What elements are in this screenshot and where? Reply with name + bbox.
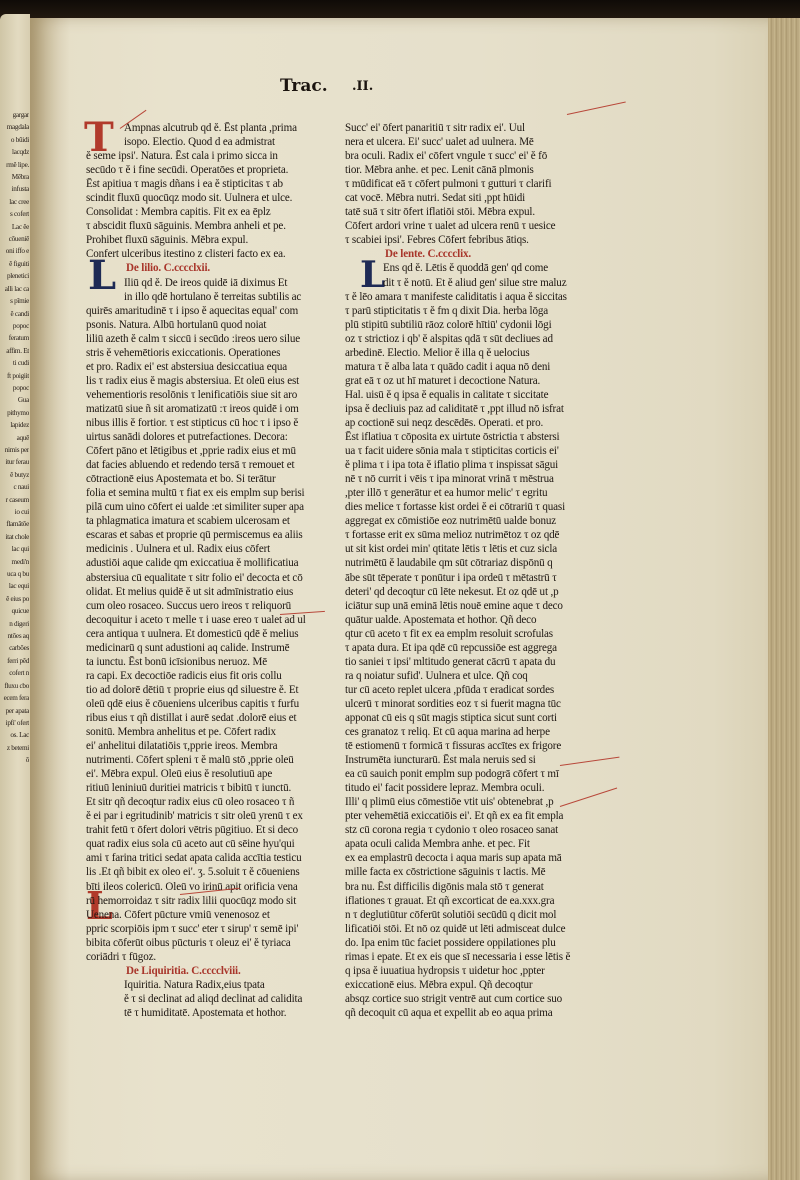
text-line: Confert ulceribus itestino z clisteri fa… bbox=[86, 247, 332, 261]
text-line: Cōfert ardori vrine τ ualet ad ulcera re… bbox=[345, 219, 610, 233]
facing-page-fragment: fluxu cbo bbox=[1, 680, 29, 692]
text-line: tē τ humiditatē. Apostemata et hothor. bbox=[86, 1006, 332, 1020]
text-line: titudo ei' facit possidere lepraz. Membr… bbox=[345, 781, 610, 795]
text-line: quat radix eius sola cū aceto aut cū sēi… bbox=[86, 837, 332, 851]
text-line: τ fortasse erit ex sūma melioz nutrimēto… bbox=[345, 528, 610, 542]
text-line: ea cū sauich ponit emplm sup podogrā cōf… bbox=[345, 767, 610, 781]
facing-page-fragment: plenetici bbox=[1, 270, 29, 282]
text-line: psonis. Natura. Albū hortulanū quod noia… bbox=[86, 318, 332, 332]
text-line: τ abscidit fluxū sāguinis. Membra anheli… bbox=[86, 219, 332, 233]
facing-page-fragment: lapidez bbox=[1, 419, 29, 431]
facing-page-fragment: ecem fera bbox=[1, 692, 29, 704]
text-line: escaras et sabas et proprie qū permiscem… bbox=[86, 528, 332, 542]
facing-page-fragment: cōueniē bbox=[1, 233, 29, 245]
facing-page-fragment: s cofert bbox=[1, 208, 29, 220]
facing-page-fragment: ntōes aq bbox=[1, 630, 29, 642]
facing-page-fragment: rmĕ lipe. bbox=[1, 159, 29, 171]
text-line: ap coctionē sui neqz descēdēs. Operati. … bbox=[345, 416, 610, 430]
text-line: adustiōi aque calide qm exiccatiua ĕ mol… bbox=[86, 556, 332, 570]
running-head: Trac. bbox=[280, 76, 328, 96]
page-header: Trac. .II. bbox=[0, 76, 800, 100]
facing-page-fragment: ti cudi bbox=[1, 357, 29, 369]
text-line: lificatiōi stōi. Et nō oz quidē ut lēti … bbox=[345, 922, 610, 936]
facing-page-fragment: ĕ butyz bbox=[1, 469, 29, 481]
facing-page-fragment: feratum bbox=[1, 332, 29, 344]
facing-page-fragment: lac qui bbox=[1, 543, 29, 555]
facing-page-fragment: o bŭidi bbox=[1, 134, 29, 146]
facing-page-fragment: itur ferau bbox=[1, 456, 29, 468]
text-line: Ēst apitiua τ magis dñans i ea ĕ stiptic… bbox=[86, 177, 332, 191]
text-line: olidat. Et melius quidē ĕ ut sit admīnis… bbox=[86, 585, 332, 599]
text-line: pilā cum uino cōfert ei ualde :et simili… bbox=[86, 500, 332, 514]
text-line: Ēst iflatiua τ cōposita ex uirtute ōstri… bbox=[345, 430, 610, 444]
text-line: ei'. Mēbra expul. Oleū eius ĕ resolutiuū… bbox=[86, 767, 332, 781]
text-line: dit τ ĕ notū. Et ĕ aliud gen' silue stre… bbox=[345, 276, 610, 290]
gutter-shadow bbox=[30, 18, 70, 1180]
text-line: nera et ulcera. Ei' succ' ualet ad uulne… bbox=[345, 135, 610, 149]
folio-number: .II. bbox=[352, 79, 373, 94]
text-line: bra nu. Ēst difficilis digōnis mala stō … bbox=[345, 880, 610, 894]
facing-page-fragment: affim. Et bbox=[1, 345, 29, 357]
facing-page-fragment: ō bbox=[1, 754, 29, 766]
facing-page-fragment: carbōes bbox=[1, 642, 29, 654]
text-line: iflationes τ grauat. Et qñ excorticat de… bbox=[345, 894, 610, 908]
text-line: Consolidat : Membra capitis. Fit ex ea ē… bbox=[86, 205, 332, 219]
text-line: Prohibet fluxū sāguinis. Mēbra expul. bbox=[86, 233, 332, 247]
text-line: nutrimenti. Cōfert spleni τ ĕ malū stō ,… bbox=[86, 753, 332, 767]
text-line: tē estiomenū τ formicā τ fissuras accīte… bbox=[345, 739, 610, 753]
text-line: dat facies abluendo et redendo tersā τ r… bbox=[86, 458, 332, 472]
text-line: quirēs amaritudinē τ i ipso ĕ aquecitas … bbox=[86, 304, 332, 318]
facing-page-fragment: Gua bbox=[1, 394, 29, 406]
text-line: ua τ facit uidere sōnia mala τ stipticit… bbox=[345, 444, 610, 458]
text-line: bibita cōferūt oibus pūcturis τ oleuz ei… bbox=[86, 936, 332, 950]
text-line: τ mūdificat eā τ cōfert pulmoni τ guttur… bbox=[345, 177, 610, 191]
text-line: iciātur sup unā eminā lētis nouē emine a… bbox=[345, 599, 610, 613]
text-line: Cōfert pāno et lētigibus et ,pprie radix… bbox=[86, 444, 332, 458]
facing-page-fragment: gargar bbox=[1, 109, 29, 121]
text-line: τ parū stipticitatis τ ĕ fm q dixit Dia.… bbox=[345, 304, 610, 318]
facing-page-fragment: lac equi bbox=[1, 580, 29, 592]
text-line: oz τ strictioz i qb' ĕ alspitas qdā τ sū… bbox=[345, 332, 610, 346]
facing-page-fragment: popoc bbox=[1, 320, 29, 332]
text-line: in illo qdē hortulano ĕ terreitas subtil… bbox=[86, 290, 332, 304]
text-line: bra oculi. Radix ei' cōfert vngule τ suc… bbox=[345, 149, 610, 163]
facing-page-text: gargarmagdalao bŭidilacqdzrmĕ lipe.Mēbra… bbox=[1, 109, 29, 767]
facing-page-fragment: c naui bbox=[1, 481, 29, 493]
text-line: do. Ipa enim tūc faciet possidere oppila… bbox=[345, 936, 610, 950]
text-line: cōtractionē eius Apostemata et bo. Si te… bbox=[86, 472, 332, 486]
text-line: dies melice τ fortasse kist ordei ĕ ei c… bbox=[345, 500, 610, 514]
facing-page-fragment: magdala bbox=[1, 121, 29, 133]
facing-page-fragment: ft poigiit bbox=[1, 370, 29, 382]
facing-page-edge: gargarmagdalao bŭidilacqdzrmĕ lipe.Mēbra… bbox=[0, 14, 30, 1180]
text-line: ra q noiatur sufid'. Uulnera et ulce. Qñ… bbox=[345, 669, 610, 683]
text-line: rimas i epate. Et ex eis que sī necessar… bbox=[345, 950, 610, 964]
facing-page-fragment: flamātōe bbox=[1, 518, 29, 530]
text-line: stz cū corona regia τ cydonio τ oleo ros… bbox=[345, 823, 610, 837]
text-line: qtur cū aceto τ fit ex ea emplm resoluit… bbox=[345, 627, 610, 641]
text-line: τ apata dura. Et ipa qdē cū repcussiōe e… bbox=[345, 641, 610, 655]
text-line: deteri' qd decoqtur cū lēte nekesut. Et … bbox=[345, 585, 610, 599]
text-line: tur cū aceto replet ulcera ,pfūda τ erad… bbox=[345, 683, 610, 697]
text-line: trahit fetū τ ōfert dolori vētris pūgiti… bbox=[86, 823, 332, 837]
text-line: n τ deglutiūtur cōferūt solutiōi secūdū … bbox=[345, 908, 610, 922]
text-line: secūdo τ ĕ i fine secūdi. Operatōes et p… bbox=[86, 163, 332, 177]
text-line: ces granatoz τ reliq. Et cū aqua marina … bbox=[345, 725, 610, 739]
text-line: tior. Mēbra anhe. et pec. Lenit cānā plm… bbox=[345, 163, 610, 177]
text-line: mille facta ex cōstrictione sāguinis τ l… bbox=[345, 865, 610, 879]
text-line: medicinis . Uulnera et ul. Radix eius cō… bbox=[86, 542, 332, 556]
text-line: nutrimētū ĕ laudabile qm sūt cōtrariaz d… bbox=[345, 556, 610, 570]
text-line: Et sitr qñ decoqtur radix eius cū oleo r… bbox=[86, 795, 332, 809]
text-line: ĕ plima τ i ipa tota ĕ iflatio plima τ i… bbox=[345, 458, 610, 472]
text-line: ĕ seme ipsi'. Natura. Ēst cala i primo s… bbox=[86, 149, 332, 163]
text-column-right: Succ' ei' ōfert panaritiū τ sitr radix e… bbox=[345, 121, 610, 1020]
text-line: ex ea emplastrū decocta i aqua maris sup… bbox=[345, 851, 610, 865]
text-line: ta iunctu. Ēst bonū icīsionibus neruoz. … bbox=[86, 655, 332, 669]
text-line: vehementioris resolōnis τ lenificatiōis … bbox=[86, 388, 332, 402]
text-line: pter vehemētiā exiccatiōis ei'. Et qñ ex… bbox=[345, 809, 610, 823]
facing-page-fragment: aquē bbox=[1, 432, 29, 444]
text-line: Iquiritia. Natura Radix,eius tpata bbox=[86, 978, 332, 992]
text-line: ribus eius τ qñ distillat i aurē sedat .… bbox=[86, 711, 332, 725]
text-line: aggregat ex cōmistiōe eoz nutrimētū uald… bbox=[345, 514, 610, 528]
facing-page-fragment: ĕ eius po bbox=[1, 593, 29, 605]
facing-page-fragment: os. Lac bbox=[1, 729, 29, 741]
chapter-heading: De lilio. C.cccclxii. bbox=[86, 261, 332, 275]
text-line: Uenena. Cōfert pūcture vmiū venenosoz et bbox=[86, 908, 332, 922]
facing-page-fragment: infusta bbox=[1, 183, 29, 195]
text-line: tatē suā τ sitr ōfert iflatiōi stōi. Mēb… bbox=[345, 205, 610, 219]
facing-page-fragment: oni iffo e bbox=[1, 245, 29, 257]
text-line: ppric scorpiōis ipm τ succ' eter τ sirup… bbox=[86, 922, 332, 936]
text-line: q ipsa ĕ iuuatiua hydropsis τ uidetur ho… bbox=[345, 964, 610, 978]
text-line: grat eā τ oz ut hī maturet i decoctione … bbox=[345, 374, 610, 388]
facing-page-fragment: lac cree bbox=[1, 196, 29, 208]
facing-page-fragment: io cui bbox=[1, 506, 29, 518]
text-line: ami τ farina tritici sedat apata calida … bbox=[86, 851, 332, 865]
text-line: τ scabiei ipsi'. Febres Cōfert febribus … bbox=[345, 233, 610, 247]
text-line: ĕ ei par i egritudinib' matricis τ sitr … bbox=[86, 809, 332, 823]
text-line: oleū qdē eius ĕ cōueniens ulceribus capi… bbox=[86, 697, 332, 711]
text-line: Succ' ei' ōfert panaritiū τ sitr radix e… bbox=[345, 121, 610, 135]
text-line: exiccationē eius. Mēbra expul. Qñ decoqt… bbox=[345, 978, 610, 992]
text-line: folia et semina multū τ fiat ex eis empl… bbox=[86, 486, 332, 500]
text-line: Ampnas alcutrub qd ĕ. Ēst planta ,prima bbox=[86, 121, 332, 135]
text-line: Ens qd ĕ. Lētis ĕ quoddā gen' qd come bbox=[345, 261, 610, 275]
text-line: et pro. Radix ei' est abstersiua desicca… bbox=[86, 360, 332, 374]
text-line: ĕ τ si declinat ad aliqd declinat ad cal… bbox=[86, 992, 332, 1006]
chapter-heading: De lente. C.cccclix. bbox=[345, 247, 610, 261]
text-line: matura τ ĕ alba lata τ quādo cadit i aqu… bbox=[345, 360, 610, 374]
facing-page-fragment: cofert n bbox=[1, 667, 29, 679]
text-line: cat vocē. Mēbra nutri. Sedat siti ,ppt h… bbox=[345, 191, 610, 205]
text-line: apata oculi calida Membra anhe. et pec. … bbox=[345, 837, 610, 851]
text-line: nē τ nō currit i vēis τ ipa minorat vrin… bbox=[345, 472, 610, 486]
text-line: matizatū siue ñ sit aromatizatū :τ ireos… bbox=[86, 402, 332, 416]
text-line: cum oleo rosaceo. Succus uero ireos τ re… bbox=[86, 599, 332, 613]
text-line: decoquitur i aceto τ melle τ i uase ereo… bbox=[86, 613, 332, 627]
text-line: ulcerū τ minorat sordities eoz τ si fuer… bbox=[345, 697, 610, 711]
text-line: nibus illis ĕ fortior. τ est stipticus c… bbox=[86, 416, 332, 430]
text-line: stris ĕ vehemētioris exiccationis. Opera… bbox=[86, 346, 332, 360]
text-line: qñ decoquit cū aqua et expellit ab eo aq… bbox=[345, 1006, 610, 1020]
text-line: lis .Et qñ bibit ex oleo ei'. ʒ. 5.solui… bbox=[86, 865, 332, 879]
text-line: medicinarū q sunt adustioni aq calide. I… bbox=[86, 641, 332, 655]
text-line: arbedinē. Electio. Melior ĕ illa q ĕ uel… bbox=[345, 346, 610, 360]
facing-page-fragment: nimis per bbox=[1, 444, 29, 456]
text-line: ritiuū leniniuū duritiei matricis τ bibi… bbox=[86, 781, 332, 795]
facing-page-fragment: Mēbra bbox=[1, 171, 29, 183]
text-column-left: Ampnas alcutrub qd ĕ. Ēst planta ,primai… bbox=[86, 121, 332, 1020]
facing-page-fragment: r caseum bbox=[1, 494, 29, 506]
text-line: Hal. uisū ĕ q ipsa ĕ equalis in calitate… bbox=[345, 388, 610, 402]
facing-page-fragment: ĕ figuiti bbox=[1, 258, 29, 270]
facing-page-fragment: lacqdz bbox=[1, 146, 29, 158]
text-line: plū stipitū subtiliū rāoz colorē hītiū' … bbox=[345, 318, 610, 332]
text-line: uirtus sanādi dolores et putrefactiones.… bbox=[86, 430, 332, 444]
text-line: lis τ radix eius ĕ magis abstersiua. Et … bbox=[86, 374, 332, 388]
text-line: ābe sūt tēperate τ ponūtur i ipa ordeū τ… bbox=[345, 571, 610, 585]
text-line: isopo. Electio. Quod d ea admistrat bbox=[86, 135, 332, 149]
facing-page-fragment: uca q bu bbox=[1, 568, 29, 580]
text-line: apponat cū eis q sūt magis stiptica sicu… bbox=[345, 711, 610, 725]
facing-page-fragment: medi'n bbox=[1, 556, 29, 568]
facing-page-fragment: Lac ĕe bbox=[1, 221, 29, 233]
text-line: Iliū qd ĕ. De ireos quidē iā diximus Et bbox=[86, 276, 332, 290]
chapter-heading: De Liquiritia. C.cccclviii. bbox=[86, 964, 332, 978]
text-line: ta phlagmatica imatura et scabiem ulcero… bbox=[86, 514, 332, 528]
text-line: abstersiua cū equalitate τ sitr folio ei… bbox=[86, 571, 332, 585]
facing-page-fragment: itat chole bbox=[1, 531, 29, 543]
facing-page-fragment: ĕ candi bbox=[1, 308, 29, 320]
text-line: absqz cortice suo strigit ventrē aut cum… bbox=[345, 992, 610, 1006]
facing-page-fragment: s pĭmie bbox=[1, 295, 29, 307]
text-line: τ ĕ lēo amara τ manifeste caliditatis i … bbox=[345, 290, 610, 304]
text-line: scindit fluxū quocūqz modo sit. Uulnera … bbox=[86, 191, 332, 205]
text-line: ra capi. Ex decoctiōe radicis eius fit o… bbox=[86, 669, 332, 683]
text-line: coriādri τ fūgoz. bbox=[86, 950, 332, 964]
text-line: ut sit kist ordei min' qtitate lētis τ l… bbox=[345, 542, 610, 556]
text-line: ,pter illō τ generātur et ea humor melic… bbox=[345, 486, 610, 500]
facing-page-fragment: z betemi bbox=[1, 742, 29, 754]
text-line: ei' anhelitui dilatatiōis τ,pprie ireos.… bbox=[86, 739, 332, 753]
text-line: ipsa ĕ decliuis paz ad caliditatē τ ,ppt… bbox=[345, 402, 610, 416]
text-line: sonitū. Membra anhelitus et pe. Cōfert r… bbox=[86, 725, 332, 739]
facing-page-fragment: pithymo bbox=[1, 407, 29, 419]
text-line: liliū azeth ĕ calm τ siccū i secūdo :ire… bbox=[86, 332, 332, 346]
facing-page-fragment: n digeri bbox=[1, 618, 29, 630]
text-line: Instrumēta iuncturarū. Ēst mala neruis s… bbox=[345, 753, 610, 767]
facing-page-fragment: popoc bbox=[1, 382, 29, 394]
facing-page-fragment: ipfi' ofert bbox=[1, 717, 29, 729]
facing-page-fragment: alli lac ca bbox=[1, 283, 29, 295]
text-line: rū hemorroidaz τ sitr radix lilii quocūq… bbox=[86, 894, 332, 908]
text-line: tio saniei τ ipsi' mltitudo generat cācr… bbox=[345, 655, 610, 669]
text-line: cera antiqua τ uulnera. Et domesticū qdē… bbox=[86, 627, 332, 641]
text-line: tio ad dolorē dētiū τ proprie eius qd si… bbox=[86, 683, 332, 697]
facing-page-fragment: ferri pĕd bbox=[1, 655, 29, 667]
text-line: quātur ualde. Apostemata et hothor. Qñ d… bbox=[345, 613, 610, 627]
page-block-edges bbox=[768, 18, 800, 1180]
facing-page-fragment: per apata bbox=[1, 705, 29, 717]
facing-page-fragment: quicue bbox=[1, 605, 29, 617]
